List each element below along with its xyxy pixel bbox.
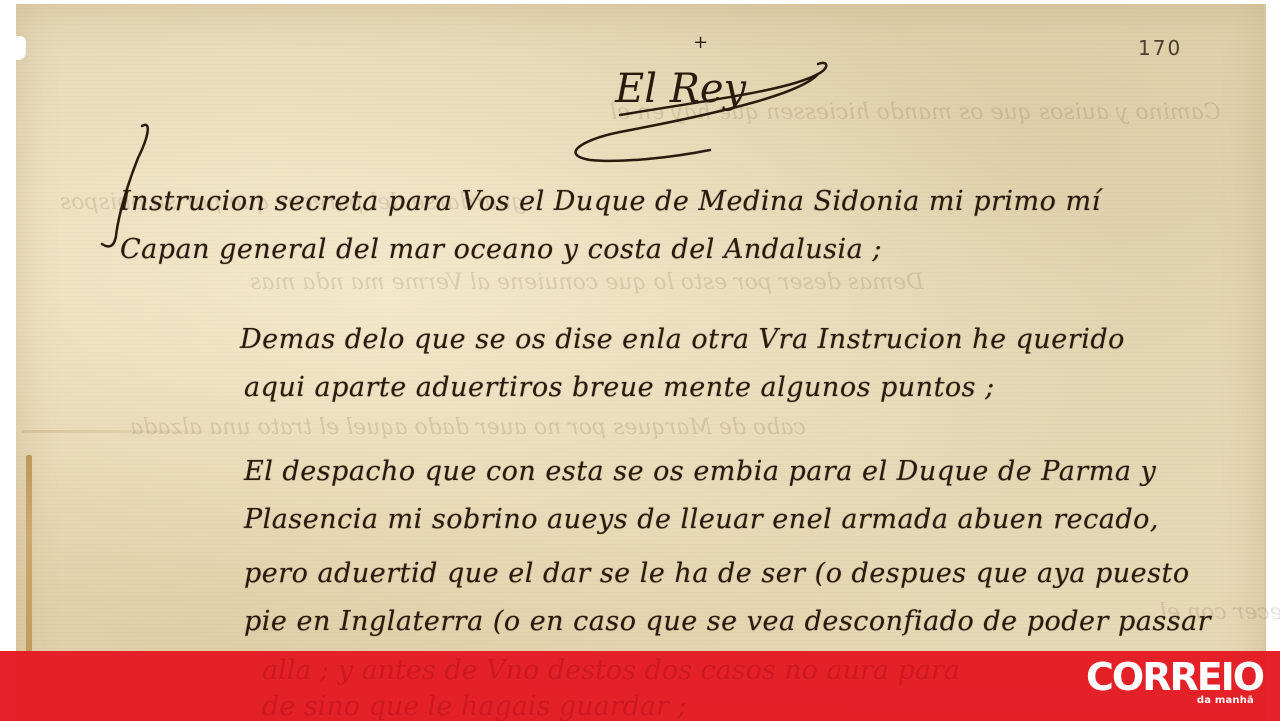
logo-subtitle: da manhã (1197, 695, 1254, 706)
manuscript-line: El despacho que con esta se os embia par… (244, 456, 1156, 487)
bleed-through-text: cabo de Marques por no auer dado aquel e… (130, 415, 806, 440)
manuscript-line-obscured: de sino que le hagais guardar ; (262, 691, 687, 721)
manuscript-line: pero aduertid que el dar se le ha de ser… (244, 558, 1190, 589)
image-viewer: Camino y auisos que os mando hiciessen q… (0, 0, 1280, 721)
cross-mark: + (693, 32, 708, 53)
manuscript-line: Demas delo que se os dise enla otra Vra … (240, 324, 1125, 355)
correio-da-manha-logo[interactable]: CORREIO da manhã (1086, 655, 1272, 715)
manuscript-line: aqui aparte aduertiros breue mente algun… (244, 372, 995, 403)
manuscript-line: pie en Inglaterra (o en caso que se vea … (244, 606, 1211, 637)
manuscript-line: Instrucion secreta para Vos el Duque de … (120, 186, 1101, 217)
paper-tear (16, 36, 26, 60)
signature-flourish-icon (560, 60, 840, 170)
bleed-through-text: Demas deser por esto lo que conuiene al … (250, 270, 924, 295)
manuscript-line-obscured: alla ; y antes de Vno destos dos casos n… (262, 655, 960, 686)
paper-stain (26, 455, 32, 655)
manuscript-line: Capan general del mar oceano y costa del… (120, 234, 882, 265)
folio-number: 170 (1138, 36, 1182, 60)
manuscript-line: Plasencia mi sobrino aueys de lleuar ene… (244, 504, 1159, 535)
logo-wordmark: CORREIO (1086, 655, 1263, 699)
